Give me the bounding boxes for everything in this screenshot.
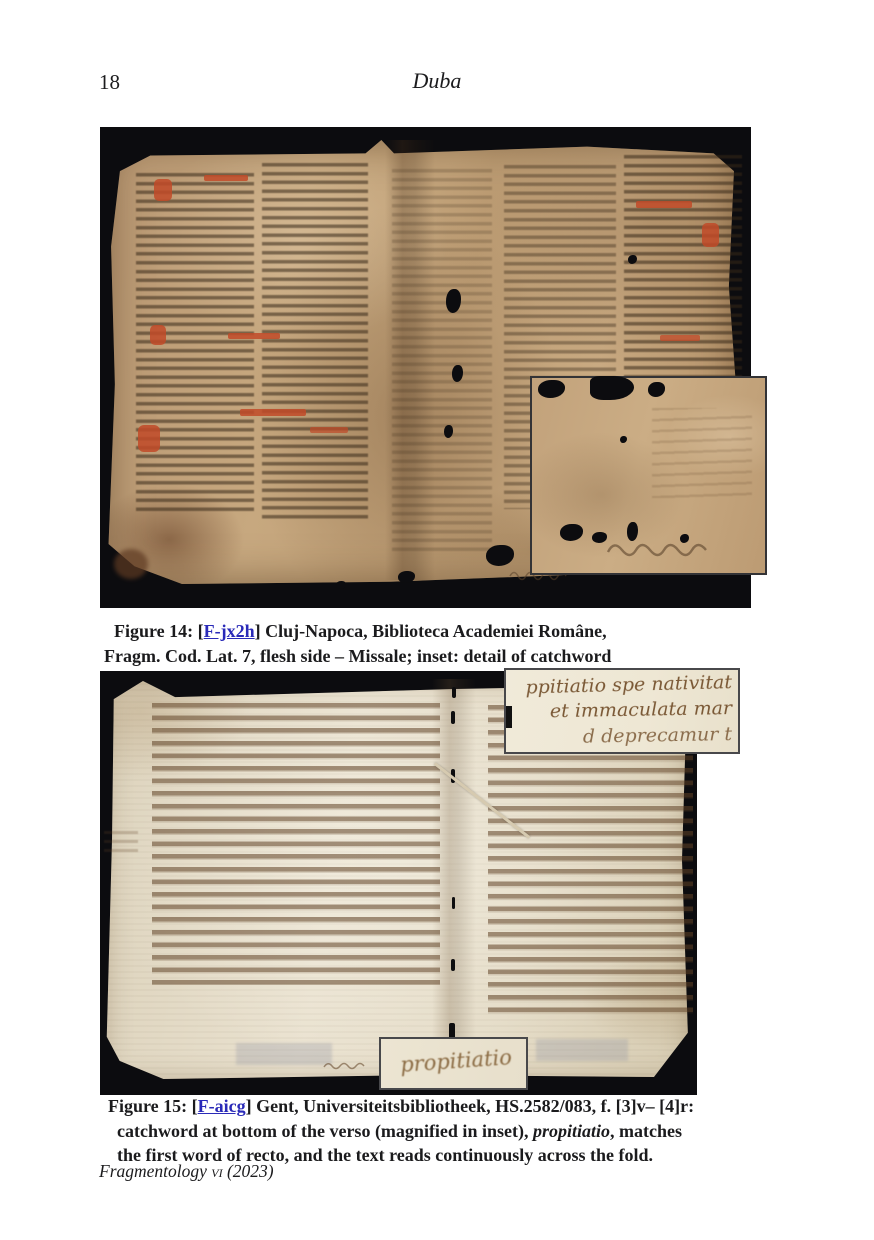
running-head: Duba	[0, 68, 874, 94]
parchment-hole	[538, 380, 565, 398]
binding-stitch	[452, 897, 455, 909]
figure15-caption: Figure 15: [F-aicg] Gent, Universiteitsb…	[100, 1094, 790, 1168]
handwriting-line: ppitiatio spe nativitat	[506, 671, 732, 699]
journal-name: Fragmentology	[99, 1161, 211, 1181]
rubric-mark	[636, 201, 692, 208]
rubric-mark	[204, 175, 248, 181]
fragment-id-link-fjx2h[interactable]: F-jx2h	[204, 621, 255, 641]
rubric-initial	[702, 223, 719, 247]
rubric-initial	[150, 325, 166, 345]
caption-text: , matches	[610, 1121, 682, 1141]
rubric-mark	[310, 427, 348, 433]
figure14-caption-line1: Figure 14: [F-jx2h] Cluj-Napoca, Bibliot…	[100, 619, 790, 644]
figure14-caption: Figure 14: [F-jx2h] Cluj-Napoca, Bibliot…	[100, 619, 790, 668]
caption-text: ] Cluj-Napoca, Biblioteca Academiei Româ…	[255, 621, 607, 641]
caption-text: Figure 15: [	[108, 1096, 198, 1116]
caption-italic-word: propitiatio	[533, 1121, 610, 1141]
library-stamp	[536, 1039, 628, 1061]
parchment-hole	[560, 524, 583, 541]
figure15-verso-text	[152, 703, 440, 985]
figure15-inset-catchword: propitiatio	[379, 1037, 528, 1090]
figure15-photo: ppitiatio spe nativitat et immaculata ma…	[100, 671, 697, 1095]
faint-script	[652, 408, 752, 498]
rubric-initial	[154, 179, 172, 201]
catchword-magnified: propitiatio	[390, 1044, 521, 1077]
parchment-hole	[648, 382, 665, 397]
fragment-id-link-faicg[interactable]: F-aicg	[198, 1096, 246, 1116]
journal-page: 18 Duba	[0, 0, 874, 1240]
figure14-photo	[100, 127, 751, 608]
figure14-inset-catchword-detail	[530, 376, 767, 575]
library-stamp	[236, 1043, 332, 1065]
figure14-text-column	[262, 163, 368, 519]
binding-stitch	[452, 687, 456, 698]
rubric-initial	[138, 425, 160, 452]
caption-text: ] Gent, Universiteitsbibliotheek, HS.258…	[246, 1096, 694, 1116]
journal-volume: vi	[211, 1161, 222, 1181]
rubric-mark	[660, 335, 700, 341]
parchment-stain	[114, 549, 148, 579]
catchword-script	[322, 1059, 370, 1071]
figure15-caption-line2: catchword at bottom of the verso (magnif…	[100, 1119, 790, 1144]
catchword-script-magnified	[604, 536, 724, 562]
marginal-note	[104, 831, 138, 857]
binding-stitch	[451, 959, 455, 971]
figure15-inset-recto-detail: ppitiatio spe nativitat et immaculata ma…	[504, 668, 740, 754]
binding-stitch	[451, 711, 455, 724]
rubric-mark	[228, 333, 280, 339]
handwriting-line: et immaculata mar	[506, 697, 732, 723]
figure15-caption-line1: Figure 15: [F-aicg] Gent, Universiteitsb…	[100, 1094, 790, 1119]
journal-footer: Fragmentology vi (2023)	[99, 1161, 274, 1182]
parchment-hole	[712, 143, 731, 154]
figure14-text-column	[392, 169, 492, 551]
rubric-mark	[240, 409, 306, 416]
caption-text: Figure 14: [	[114, 621, 204, 641]
journal-year: (2023)	[223, 1161, 274, 1181]
parchment-hole	[336, 581, 346, 589]
caption-text: catchword at bottom of the verso (magnif…	[117, 1121, 533, 1141]
parchment-hole	[590, 376, 634, 400]
parchment-hole	[398, 571, 415, 583]
handwriting-line: d deprecamur t	[506, 723, 732, 749]
figure14-caption-line2: Fragm. Cod. Lat. 7, flesh side – Missale…	[100, 644, 790, 669]
parchment-hole	[620, 436, 627, 443]
